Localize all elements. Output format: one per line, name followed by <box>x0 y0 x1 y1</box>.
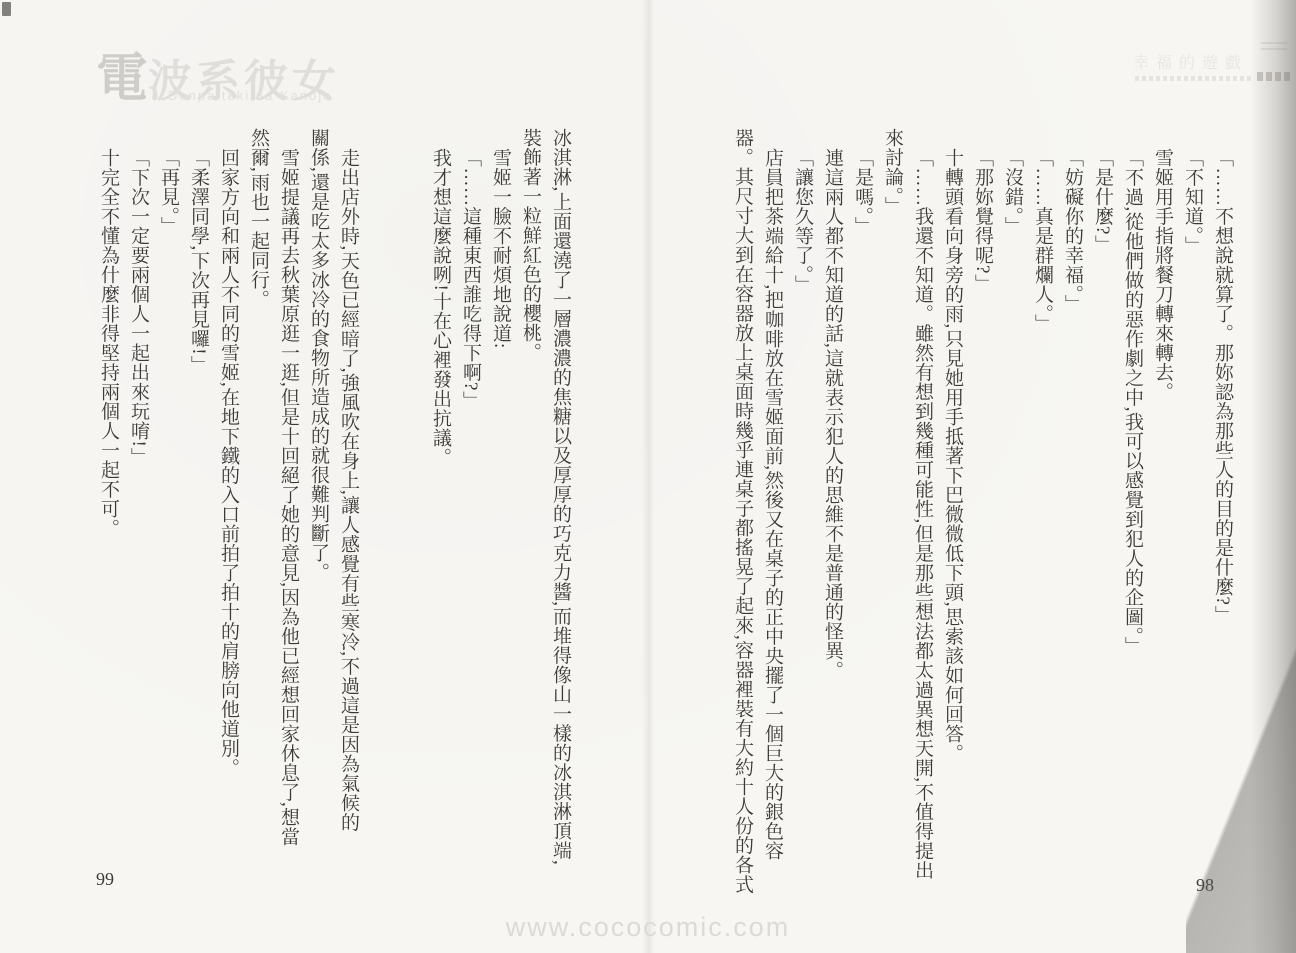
text-column: 「沒錯。」 <box>1003 148 1022 236</box>
text-column: 雪姬一臉不耐煩地說道: <box>491 148 510 349</box>
text-column: 來討論。」 <box>883 128 902 216</box>
text-column: 「……這種東西誰吃得下啊?」 <box>461 148 480 410</box>
text-column: 「那妳覺得呢?」 <box>973 148 992 293</box>
text-column: 我才想這麼說咧!十在心裡發出抗議。 <box>431 148 450 467</box>
text-column: 「下次一定要兩個人一起出來玩唷!」 <box>129 148 148 467</box>
page-99: 電波系彼女 Denpa teki na Kanojo 冰淇淋,上面還澆了一層濃濃… <box>0 0 648 953</box>
text-column: 「不知道。」 <box>1183 148 1202 256</box>
text-column: 雪姬用手指將餐刀轉來轉去。 <box>1153 148 1172 402</box>
book-corner-shadow <box>1186 633 1296 953</box>
text-column: 「妨礙你的幸福。」 <box>1063 148 1082 314</box>
text-column: 十轉頭看向身旁的雨,只見她用手抵著下巴微微低下頭,思索該如何回答。 <box>943 148 962 763</box>
watermark: www.cococomic.com <box>506 912 791 943</box>
text-column: 雪姬提議再去秋葉原逛一逛,但是十回絕了她的意見,因為他已經想回家休息了,想當 <box>279 148 298 846</box>
text-column: 走出店外時,天色已經暗了,強風吹在身上,讓人感覺有些寒冷,不過這是因為氣候的 <box>339 148 358 832</box>
text-block-left: 冰淇淋,上面還澆了一層濃濃的焦糖以及厚厚的巧克力醬,而堆得像山一樣的冰淇淋頂端,… <box>99 128 570 928</box>
text-column: 冰淇淋,上面還澆了一層濃濃的焦糖以及厚厚的巧克力醬,而堆得像山一樣的冰淇淋頂端, <box>551 128 570 865</box>
book-spread: 電波系彼女 Denpa teki na Kanojo 冰淇淋,上面還澆了一層濃濃… <box>0 0 1296 953</box>
page-gutter-shadow <box>642 0 654 953</box>
text-block-right: 「……不想說就算了。那妳認為那些人的目的是什麼?」「不知道。」雪姬用手指將餐刀轉… <box>733 128 1232 928</box>
text-column: 「……我還不知道。雖然有想到幾種可能性,但是那些想法都太過異想天開,不值得提出 <box>913 148 932 880</box>
text-column: 十完全不懂為什麼非得堅持兩個人一起不可。 <box>99 148 118 538</box>
chapter-romanization-caption <box>1135 76 1253 81</box>
text-column: 「是什麼?」 <box>1093 148 1112 254</box>
text-column: 回家方向和兩人不同的雪姬,在地下鐵的入口前拍了拍十的肩膀向他道別。 <box>219 148 238 777</box>
text-column: 「讓您久等了。」 <box>793 148 812 295</box>
text-column: 器。其尺寸大到在容器放上桌面時幾乎連桌子都搖晃了起來,容器裡裝有大約十人份的各式 <box>733 128 752 894</box>
text-column: 店員把茶端給十,把咖啡放在雪姬面前,然後又在桌子的正中央擺了一個巨大的銀色容 <box>763 148 782 861</box>
text-column: 然爾,雨也一起同行。 <box>249 128 268 309</box>
scanned-book-spread: { "logo": { "title_first": "電", "title_r… <box>0 0 1296 953</box>
chapter-header: 幸福的遊戲 <box>1133 50 1248 73</box>
chapter-title: 幸福的遊戲 <box>1133 50 1248 73</box>
text-column: 「……真是群爛人。」 <box>1033 148 1052 334</box>
text-column: 「是嗎。」 <box>853 148 872 236</box>
text-column: 關係,還是吃太多冰冷的食物所造成的就很難判斷了。 <box>309 128 328 582</box>
scan-artifact-speck <box>2 2 11 16</box>
text-column: 「不過,從他們做的惡作劇之中,我可以感覺到犯人的企圖。」 <box>1123 148 1142 656</box>
page-number-left: 99 <box>96 869 114 890</box>
series-logo-romanization: Denpa teki na Kanojo <box>168 88 332 103</box>
text-column: 「柔澤同學,下次再見囉!」 <box>189 148 208 375</box>
text-column: 「……不想說就算了。那妳認為那些人的目的是什麼?」 <box>1213 148 1232 625</box>
text-column: 連這兩人都不知道的話,這就表示犯人的思維不是普通的怪異。 <box>823 148 842 680</box>
series-logo-first-char: 電 <box>96 50 148 108</box>
text-column: 裝飾著一粒鮮紅色的櫻桃。 <box>521 128 540 362</box>
text-column: 「再見。」 <box>159 148 178 236</box>
